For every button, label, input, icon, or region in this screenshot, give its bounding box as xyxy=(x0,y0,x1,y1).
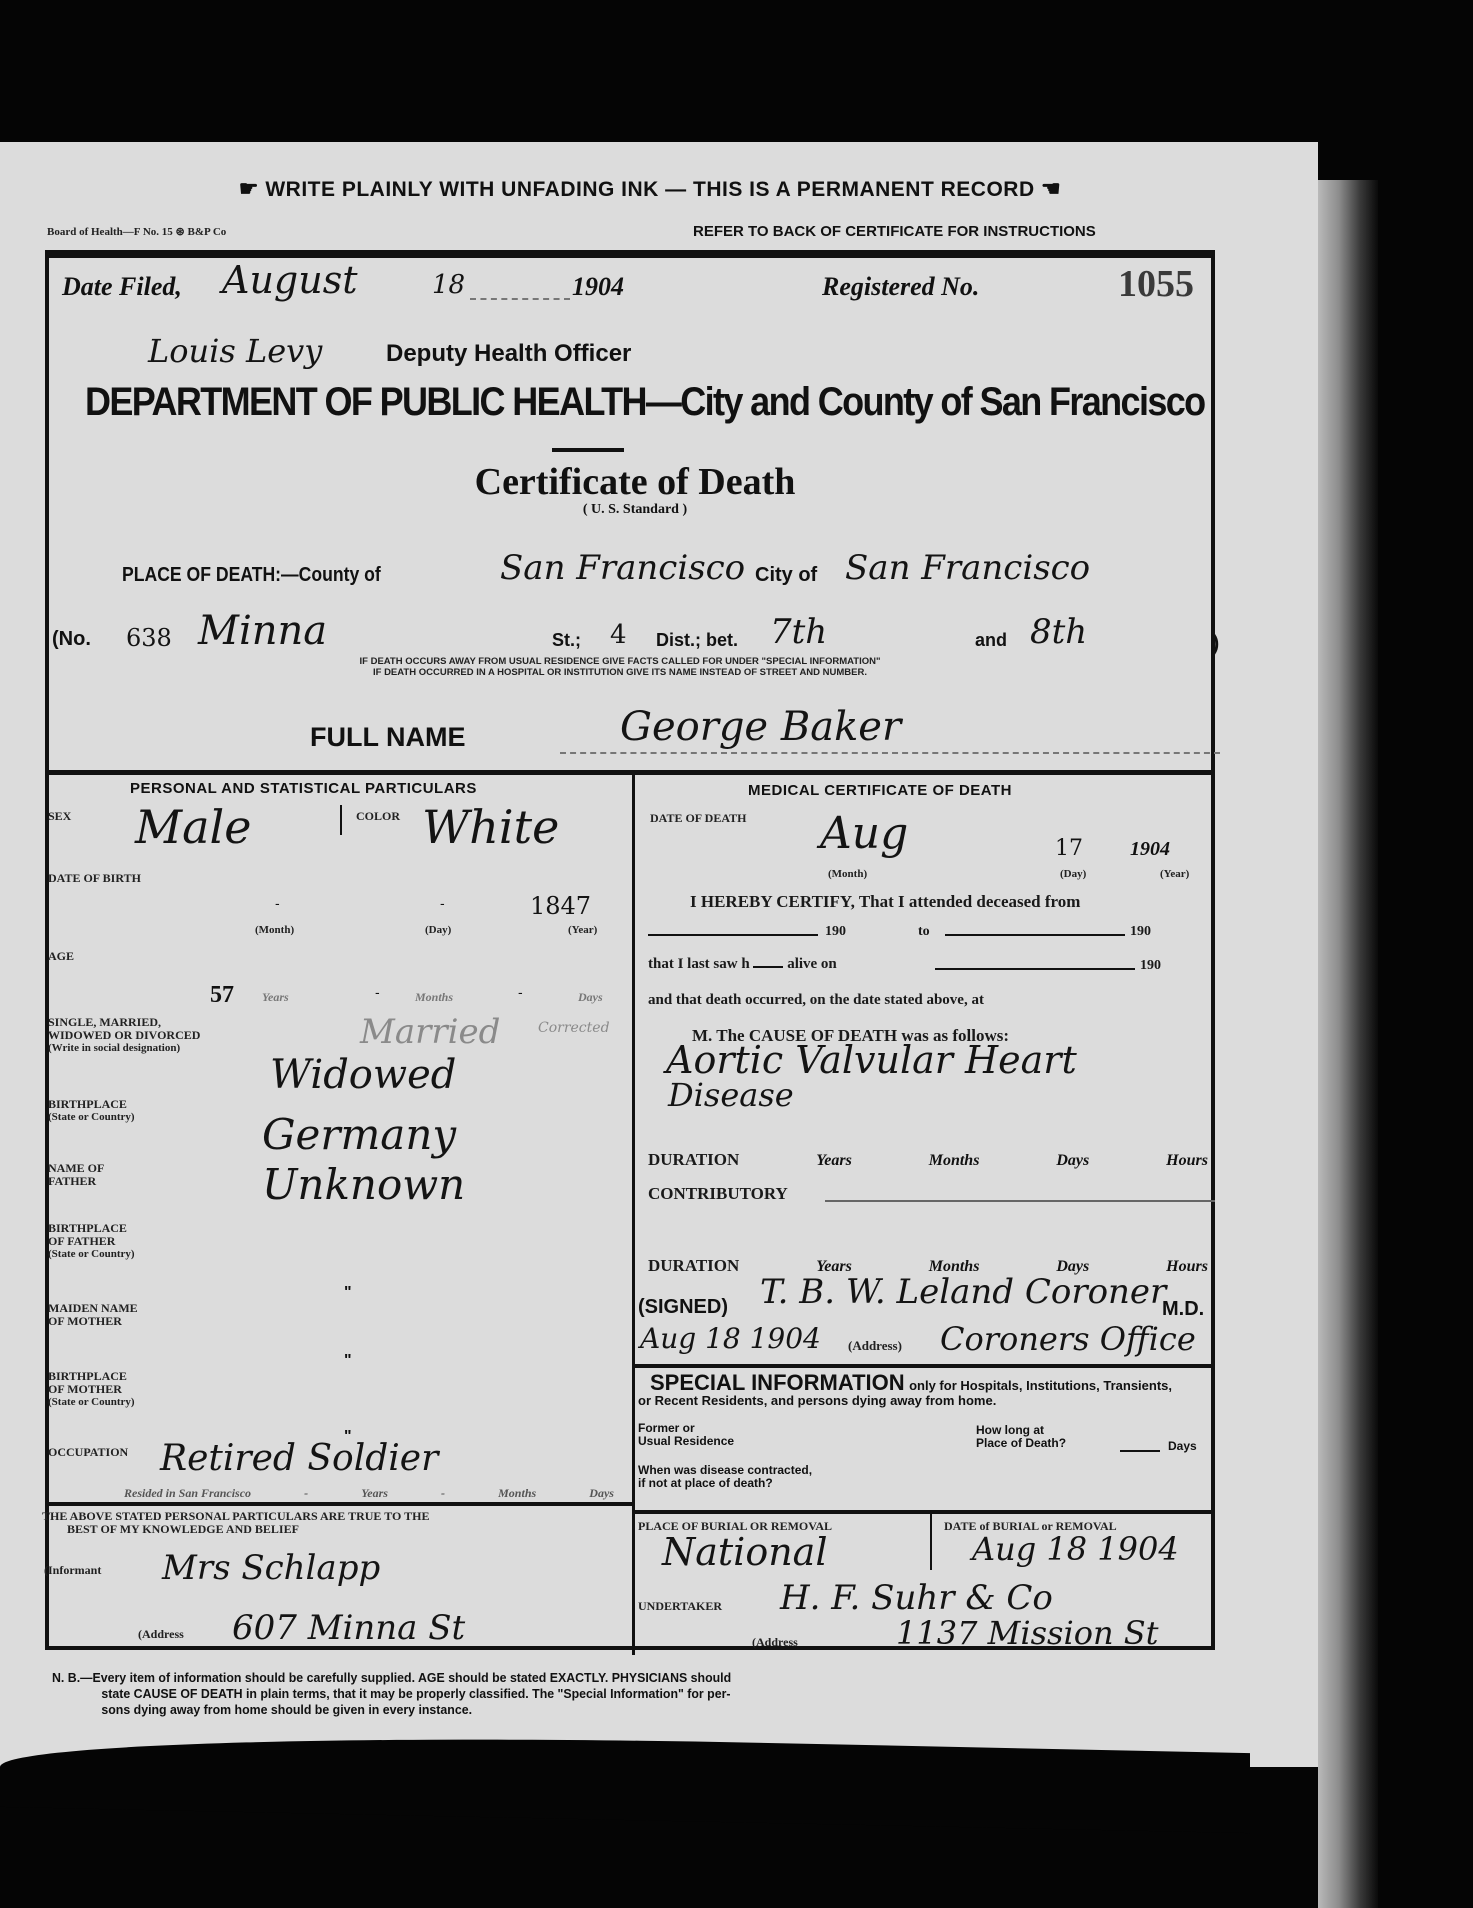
occupation-label: OCCUPATION xyxy=(48,1446,128,1459)
birthplace-value: Germany xyxy=(262,1110,456,1159)
age-months-label: Months xyxy=(415,990,453,1005)
place-of-death-label: PLACE OF DEATH:—County of xyxy=(122,564,381,587)
banner-text: WRITE PLAINLY WITH UNFADING INK — THIS I… xyxy=(265,178,1034,201)
dob-day-label: (Day) xyxy=(425,924,451,936)
sex-label: SEX xyxy=(48,810,71,823)
age-days-label: Days xyxy=(578,990,603,1005)
informant-address-value: 607 Minna St xyxy=(232,1608,465,1648)
instructions-ref: REFER TO BACK OF CERTIFICATE FOR INSTRUC… xyxy=(693,223,1096,240)
father-birthplace-value: " xyxy=(344,1284,352,1302)
close-paren: ) xyxy=(1212,630,1219,656)
duration-row-1: DURATION Years Months Days Hours xyxy=(648,1150,1208,1170)
informant-value: Mrs Schlapp xyxy=(162,1548,380,1588)
pointing-hand-icon: ☛ xyxy=(239,176,259,201)
special-heading-note: or Recent Residents, and persons dying a… xyxy=(638,1394,996,1407)
between-street-1: 7th xyxy=(770,612,827,652)
undertaker-address-label: (Address xyxy=(752,1636,798,1649)
from-190: 190 xyxy=(825,924,846,940)
father-name-value: Unknown xyxy=(262,1160,465,1209)
age-months: - xyxy=(375,984,380,1000)
signed-date: Aug 18 1904 xyxy=(640,1322,821,1355)
death-occurred-line: and that death occurred, on the date sta… xyxy=(648,992,984,1009)
how-long-label: How long at Place of Death? xyxy=(976,1424,1066,1450)
standard-subtitle: ( U. S. Standard ) xyxy=(400,502,870,518)
color-value: White xyxy=(422,800,559,854)
marital-label: SINGLE, MARRIED, WIDOWED OR DIVORCED (Wr… xyxy=(48,1016,200,1055)
contracted-label: When was disease contracted, if not at p… xyxy=(638,1464,812,1490)
registered-number: 1055 xyxy=(1118,262,1194,306)
certificate-title: Certificate of Death xyxy=(300,460,970,504)
informant-statement: THE ABOVE STATED PERSONAL PARTICULARS AR… xyxy=(42,1510,429,1536)
color-label: COLOR xyxy=(356,810,400,823)
book-binding-edge xyxy=(1318,180,1378,1908)
to-label: to xyxy=(918,924,930,940)
dob-year: 1847 xyxy=(530,892,591,920)
md-label: M.D. xyxy=(1162,1298,1204,1321)
place-note-line-2: IF DEATH OCCURRED IN A HOSPITAL OR INSTI… xyxy=(180,667,1060,678)
city-label: City of xyxy=(755,564,817,587)
marital-struck-value: Married xyxy=(360,1012,500,1052)
signed-by: T. B. W. Leland Coroner xyxy=(760,1272,1166,1312)
undertaker-value: H. F. Suhr & Co xyxy=(780,1578,1053,1618)
mother-name-value: " xyxy=(344,1352,352,1370)
house-number: 638 xyxy=(126,624,172,652)
dod-year-label: (Year) xyxy=(1160,868,1189,880)
mother-name-label: MAIDEN NAME OF MOTHER xyxy=(48,1302,138,1328)
date-filed-label: Date Filed, xyxy=(62,272,182,302)
dod-month-label: (Month) xyxy=(828,868,867,880)
dob-month: - xyxy=(275,895,280,911)
alive-190: 190 xyxy=(1140,958,1161,974)
dod-month: Aug xyxy=(820,808,908,859)
dob-label: DATE OF BIRTH xyxy=(48,872,141,885)
header-banner: ☛ WRITE PLAINLY WITH UNFADING INK — THIS… xyxy=(100,176,1200,202)
place-note: IF DEATH OCCURS AWAY FROM USUAL RESIDENC… xyxy=(180,656,1060,678)
full-name-label: FULL NAME xyxy=(310,722,466,753)
contributory-label: CONTRIBUTORY xyxy=(648,1184,788,1204)
footer-note: N. B.—Every item of information should b… xyxy=(52,1670,1126,1718)
signer-address: Coroners Office xyxy=(940,1320,1196,1358)
date-filed-day: 18 xyxy=(432,270,465,300)
duration-label-2: DURATION xyxy=(648,1256,739,1276)
marital-value: Widowed xyxy=(270,1052,456,1098)
dob-day: - xyxy=(440,895,445,911)
informant-label: (Informant xyxy=(44,1564,101,1577)
certify-line: I HEREBY CERTIFY, That I attended deceas… xyxy=(690,892,1080,912)
informant-address-label: (Address xyxy=(138,1628,184,1641)
date-filed-year: 1904 xyxy=(572,272,624,302)
officer-title: Deputy Health Officer xyxy=(386,340,631,368)
burial-date: Aug 18 1904 xyxy=(972,1530,1179,1568)
age-label: AGE xyxy=(48,950,74,963)
registered-label: Registered No. xyxy=(822,272,979,302)
personal-heading: PERSONAL AND STATISTICAL PARTICULARS xyxy=(130,780,477,797)
dod-day: 17 xyxy=(1055,836,1083,861)
father-name-label: NAME OF FATHER xyxy=(48,1162,104,1188)
father-birthplace-label: BIRTHPLACE OF FATHER (State or Country) xyxy=(48,1222,135,1261)
date-filed-month: August xyxy=(222,258,358,302)
duration-label: DURATION xyxy=(648,1150,739,1170)
and-label: and xyxy=(975,630,1007,651)
last-saw-line: that I last saw h alive on xyxy=(648,956,837,973)
to-190: 190 xyxy=(1130,924,1151,940)
street-value: Minna xyxy=(198,608,327,654)
dob-month-label: (Month) xyxy=(255,924,294,936)
age-years: 57 xyxy=(210,982,234,1009)
city-value: San Francisco xyxy=(845,548,1090,588)
officer-signature: Louis Levy xyxy=(148,332,322,370)
burial-place: National xyxy=(662,1530,828,1574)
signed-label: (SIGNED) xyxy=(638,1296,728,1319)
undertaker-label: UNDERTAKER xyxy=(638,1600,722,1613)
between-street-2: 8th xyxy=(1030,612,1087,652)
age-days: - xyxy=(518,984,523,1000)
street-label: St.; xyxy=(552,630,581,651)
district-label: Dist.; bet. xyxy=(656,630,738,651)
pointing-hand-icon: ☚ xyxy=(1041,176,1061,201)
former-residence-label: Former or Usual Residence xyxy=(638,1422,734,1448)
how-long-unit: Days xyxy=(1168,1440,1197,1453)
dod-label: DATE OF DEATH xyxy=(650,812,746,825)
cause-line-2: Disease xyxy=(668,1076,794,1114)
mother-birthplace-label: BIRTHPLACE OF MOTHER (State or Country) xyxy=(48,1370,135,1409)
county-value: San Francisco xyxy=(500,548,745,588)
district-value: 4 xyxy=(610,620,627,650)
marital-correction-note: Corrected xyxy=(538,1020,610,1036)
birthplace-label: BIRTHPLACE (State or Country) xyxy=(48,1098,135,1124)
dob-year-label: (Year) xyxy=(568,924,597,936)
department-title: DEPARTMENT OF PUBLIC HEALTH—City and Cou… xyxy=(85,380,1093,425)
no-label: (No. xyxy=(52,628,91,651)
full-name-value: George Baker xyxy=(620,704,901,750)
age-years-label: Years xyxy=(262,990,289,1005)
undertaker-address: 1137 Mission St xyxy=(896,1614,1159,1652)
sex-value: Male xyxy=(135,800,251,854)
medical-heading: MEDICAL CERTIFICATE OF DEATH xyxy=(748,782,1012,799)
resided-row: Resided in San Francisco - Years - Month… xyxy=(124,1486,614,1501)
form-id: Board of Health—F No. 15 ⊛ B&P Co xyxy=(47,226,226,238)
signer-address-label: (Address) xyxy=(848,1340,902,1352)
dod-year: 1904 xyxy=(1130,838,1170,861)
occupation-value: Retired Soldier xyxy=(160,1438,438,1479)
dod-day-label: (Day) xyxy=(1060,868,1086,880)
place-note-line-1: IF DEATH OCCURS AWAY FROM USUAL RESIDENC… xyxy=(180,656,1060,667)
